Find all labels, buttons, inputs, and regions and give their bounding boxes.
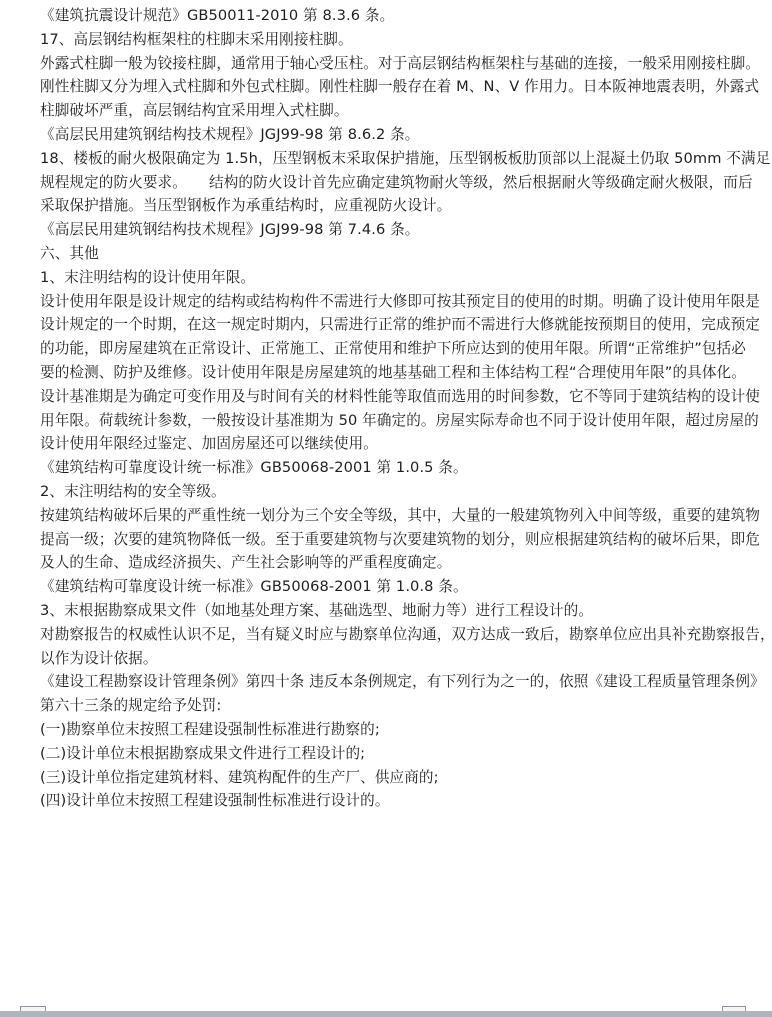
document-body: 《建筑抗震设计规范》GB50011-2010 第 8.3.6 条。17、高层钢结… (40, 4, 737, 813)
text-line: 规程规定的防火要求。 结构的防火设计首先应确定建筑物耐火等级，然后根据耐火等级确… (40, 171, 737, 195)
text-line: 3、末根据勘察成果文件（如地基处理方案、基础选型、地耐力等）进行工程设计的。 (40, 599, 737, 623)
text-line: (三)设计单位指定建筑材料、建筑构配件的生产厂、供应商的; (40, 766, 737, 790)
text-line: 设计基准期是为确定可变作用及与时间有关的材料性能等取值而选用的时间参数，它不等同… (40, 385, 737, 409)
text-line: 1、末注明结构的设计使用年限。 (40, 266, 737, 290)
text-line: 设计规定的一个时期，在这一规定时期内，只需进行正常的维护而不需进行大修就能按预期… (40, 313, 737, 337)
text-line: (二)设计单位末根据勘察成果文件进行工程设计的; (40, 742, 737, 766)
text-line: 按建筑结构破坏后果的严重性统一划分为三个安全等级，其中，大量的一般建筑物列入中间… (40, 504, 737, 528)
text-line: 设计使用年限是设计规定的结构或结构构件不需进行大修即可按其预定目的使用的时期。明… (40, 290, 737, 314)
text-line: 采取保护措施。当压型钢板作为承重结构时，应重视防火设计。 (40, 194, 737, 218)
text-line: 提高一级；次要的建筑物降低一级。至于重要建筑物与次要建筑物的划分，则应根据建筑结… (40, 528, 737, 552)
text-line: 用年限。荷载统计参数，一般按设计基准期为 50 年确定的。房屋实际寿命也不同于设… (40, 409, 737, 433)
text-line: 六、其他 (40, 242, 737, 266)
text-line: 2、末注明结构的安全等级。 (40, 480, 737, 504)
text-line: 《建筑抗震设计规范》GB50011-2010 第 8.3.6 条。 (40, 4, 737, 28)
horizontal-scrollbar-track[interactable] (0, 1011, 772, 1017)
text-line: (四)设计单位末按照工程建设强制性标准进行设计的。 (40, 789, 737, 813)
text-line: 17、高层钢结构框架柱的柱脚末采用刚接柱脚。 (40, 28, 737, 52)
text-line: 以作为设计依据。 (40, 647, 737, 671)
text-line: 柱脚破坏严重，高层钢结构宜采用埋入式柱脚。 (40, 99, 737, 123)
text-line: 设计使用年限经过鉴定、加固房屋还可以继续使用。 (40, 432, 737, 456)
text-line: (一)勘察单位末按照工程建设强制性标准进行勘察的; (40, 718, 737, 742)
text-line: 《建筑结构可靠度设计统一标准》GB50068-2001 第 1.0.5 条。 (40, 456, 737, 480)
text-line: 要的检测、防护及维修。设计使用年限是房屋建筑的地基基础工程和主体结构工程“合理使… (40, 361, 737, 385)
text-line: 的功能，即房屋建筑在正常设计、正常施工、正常使用和维护下所应达到的使用年限。所谓… (40, 337, 737, 361)
text-line: 及人的生命、造成经济损失、产生社会影响等的严重程度确定。 (40, 551, 737, 575)
text-line: 刚性柱脚又分为埋入式柱脚和外包式柱脚。刚性柱脚一般存在着 M、N、V 作用力。日… (40, 75, 737, 99)
text-line: 《高层民用建筑钢结构技术规程》JGJ99-98 第 7.4.6 条。 (40, 218, 737, 242)
text-line: 18、楼板的耐火极限确定为 1.5h，压型钢板末采取保护措施，压型钢板板肋顶部以… (40, 147, 737, 171)
text-line: 《高层民用建筑钢结构技术规程》JGJ99-98 第 8.6.2 条。 (40, 123, 737, 147)
text-line: 《建筑结构可靠度设计统一标准》GB50068-2001 第 1.0.8 条。 (40, 575, 737, 599)
text-line: 外露式柱脚一般为铰接柱脚，通常用于轴心受压柱。对于高层钢结构框架柱与基础的连接，… (40, 52, 737, 76)
text-line: 对勘察报告的权威性认识不足，当有疑义时应与勘察单位沟通，双方达成一致后，勘察单位… (40, 623, 737, 647)
text-line: 《建设工程勘察设计管理条例》第四十条 违反本条例规定，有下列行为之一的，依照《建… (40, 670, 737, 694)
text-line: 第六十三条的规定给予处罚: (40, 694, 737, 718)
